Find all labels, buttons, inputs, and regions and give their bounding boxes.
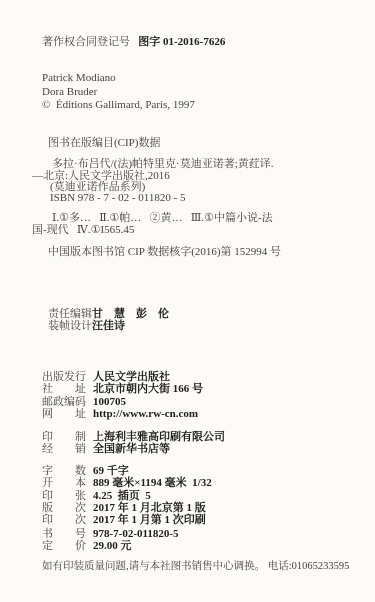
publisher-value: 人民文学出版社 — [93, 371, 170, 383]
editor-label: 责任编辑 — [48, 308, 92, 320]
address-value: 北京市朝内大街 166 号 — [93, 383, 203, 395]
designer-name: 汪佳诗 — [92, 320, 125, 332]
specs-block: 字 数69 千字 开 本889 毫米×1194 毫米 1/32 印 张4.25 … — [42, 465, 212, 526]
impression-value: 2017 年 1 月第 1 次印刷 — [93, 514, 206, 526]
edition-row: 版 次2017 年 1 月北京第 1 版 — [42, 502, 212, 514]
publisher-block: 出版发行人民文学出版社 社 址北京市朝内大街 166 号 邮政编码100705 … — [42, 371, 203, 420]
edition-value: 2017 年 1 月北京第 1 版 — [93, 502, 206, 514]
editor-names: 甘 慧 彭 伦 — [92, 308, 169, 320]
format-value: 889 毫米×1194 毫米 1/32 — [93, 477, 212, 489]
staff-row-designer: 装帧设计汪佳诗 — [48, 320, 169, 332]
website-row: 网 址http://www.rw-cn.com — [42, 408, 203, 420]
isbn-row: 书 号978-7-02-011820-5 — [42, 528, 179, 540]
isbn-price-block: 书 号978-7-02-011820-5 定 价29.00 元 — [42, 528, 179, 553]
printing-block: 印 制上海利丰雅高印刷有限公司 经 销全国新华书店等 — [42, 431, 225, 456]
sheets-label: 印 张 — [42, 490, 93, 502]
printer-value: 上海利丰雅高印刷有限公司 — [93, 431, 225, 443]
registration-number: 图字 01-2016-7626 — [138, 36, 225, 48]
sheets-row: 印 张4.25 插页 5 — [42, 490, 212, 502]
printer-label: 印 制 — [42, 431, 93, 443]
postcode-value: 100705 — [93, 396, 126, 408]
registration-gap — [130, 36, 138, 48]
staff-row-editor: 责任编辑甘 慧 彭 伦 — [48, 308, 169, 320]
colophon-page: 著作权合同登记号 图字 01-2016-7626 Patrick Modiano… — [0, 0, 375, 602]
wordcount-label: 字 数 — [42, 465, 93, 477]
original-author: Patrick Modiano — [42, 72, 195, 86]
postcode-label: 邮政编码 — [42, 396, 93, 408]
impression-label: 印 次 — [42, 514, 93, 526]
cip-isbn-line: ISBN 978 - 7 - 02 - 011820 - 5 — [50, 192, 186, 204]
publisher-label: 出版发行 — [42, 371, 93, 383]
cip-title-line: 多拉·布吕代/(法)帕特里克·莫迪亚诺著;黄荭译. — [52, 158, 274, 170]
website-url: http://www.rw-cn.com — [93, 408, 198, 420]
original-copyright: © Éditions Gallimard, Paris, 1997 — [42, 99, 195, 113]
cip-classification-line-1: Ⅰ.①多… Ⅱ.①帕… ②黄… Ⅲ.①中篇小说-法 — [52, 212, 273, 224]
isbn-label: 书 号 — [42, 528, 93, 540]
address-label: 社 址 — [42, 383, 93, 395]
edition-label: 版 次 — [42, 502, 93, 514]
wordcount-value: 69 千字 — [93, 465, 129, 477]
cip-record-number: 中国版本图书馆 CIP 数据核字(2016)第 152994 号 — [48, 246, 281, 258]
price-value: 29.00 元 — [93, 540, 132, 552]
registration-label: 著作权合同登记号 — [42, 36, 130, 48]
wordcount-row: 字 数69 千字 — [42, 465, 212, 477]
quality-notice: 如有印装质量问题,请与本社图书销售中心调换。 电话:01065233595 — [42, 561, 349, 573]
address-row: 社 址北京市朝内大街 166 号 — [42, 383, 203, 395]
original-title: Dora Bruder — [42, 86, 195, 100]
isbn-value: 978-7-02-011820-5 — [93, 528, 179, 540]
distributor-value: 全国新华书店等 — [93, 443, 170, 455]
cip-header: 图书在版编目(CIP)数据 — [48, 137, 160, 149]
cip-classification-line-2: 国-现代 Ⅳ.①I565.45 — [32, 224, 134, 236]
staff-block: 责任编辑甘 慧 彭 伦 装帧设计汪佳诗 — [48, 308, 169, 333]
designer-label: 装帧设计 — [48, 320, 92, 332]
printer-row: 印 制上海利丰雅高印刷有限公司 — [42, 431, 225, 443]
format-row: 开 本889 毫米×1194 毫米 1/32 — [42, 477, 212, 489]
format-label: 开 本 — [42, 477, 93, 489]
sheets-value: 4.25 插页 5 — [93, 490, 151, 502]
price-row: 定 价29.00 元 — [42, 540, 179, 552]
original-edition-block: Patrick Modiano Dora Bruder © Éditions G… — [42, 72, 195, 113]
impression-row: 印 次2017 年 1 月第 1 次印刷 — [42, 514, 212, 526]
website-label: 网 址 — [42, 408, 93, 420]
distributor-label: 经 销 — [42, 443, 93, 455]
distributor-row: 经 销全国新华书店等 — [42, 443, 225, 455]
copyright-registration-line: 著作权合同登记号 图字 01-2016-7626 — [42, 36, 225, 48]
postcode-row: 邮政编码100705 — [42, 396, 203, 408]
price-label: 定 价 — [42, 540, 93, 552]
publisher-row: 出版发行人民文学出版社 — [42, 371, 203, 383]
